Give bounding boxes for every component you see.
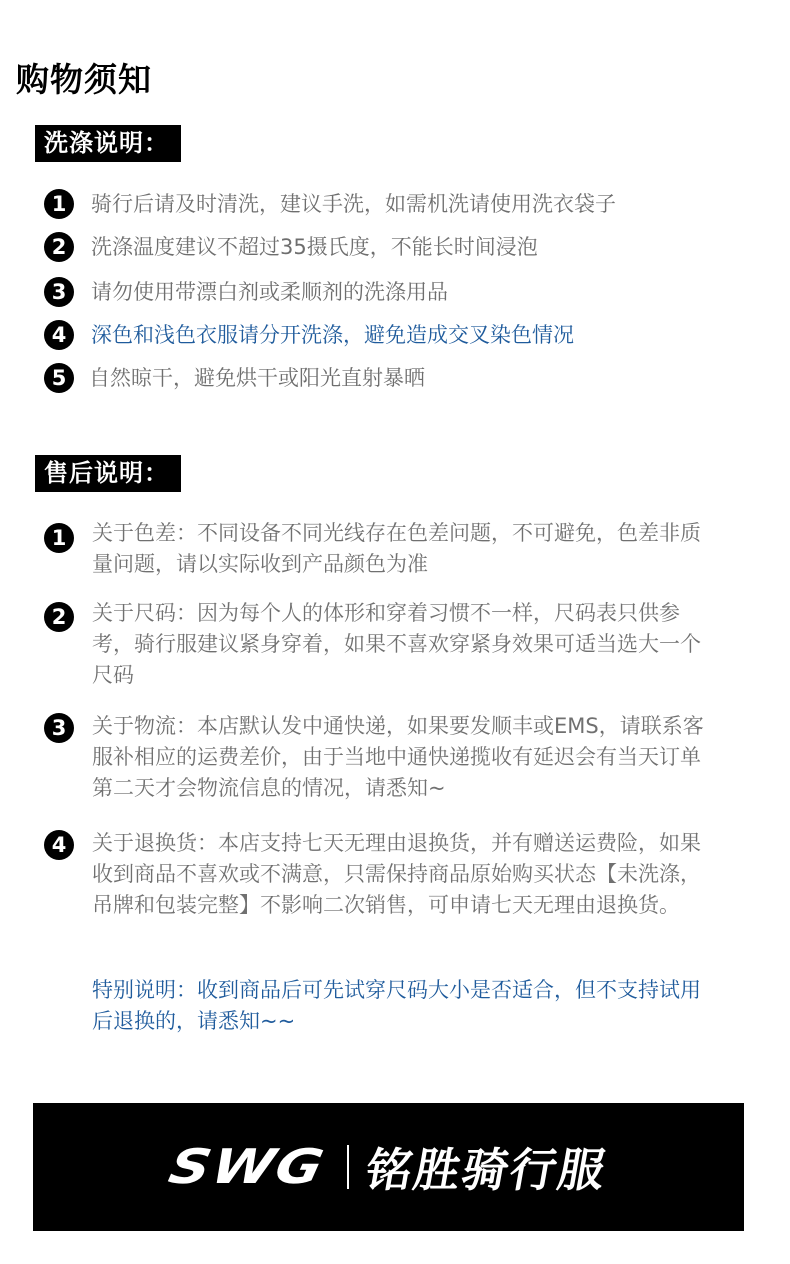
number-4-icon: 4 bbox=[44, 830, 74, 860]
number-1-icon: 1 bbox=[44, 189, 74, 219]
wash-item-1: 骑行后请及时清洗，建议手洗，如需机洗请使用洗衣袋子 bbox=[91, 189, 616, 219]
number-1-icon: 1 bbox=[44, 523, 74, 553]
after-sales-section-title: 售后说明： bbox=[35, 455, 181, 492]
page-title: 购物须知 bbox=[16, 54, 152, 101]
wash-section-title: 洗涤说明： bbox=[35, 125, 181, 162]
brand-name: 铭胜骑行服 bbox=[361, 1134, 613, 1200]
number-5-icon: 5 bbox=[44, 363, 74, 393]
wash-item-4: 深色和浅色衣服请分开洗涤，避免造成交叉染色情况 bbox=[91, 320, 574, 350]
logo-divider bbox=[347, 1145, 349, 1189]
number-2-icon: 2 bbox=[44, 602, 74, 632]
number-3-icon: 3 bbox=[44, 713, 74, 743]
special-note: 特别说明：收到商品后可先试穿尺码大小是否适合，但不支持试用后退换的，请悉知~~ bbox=[92, 975, 702, 1037]
swg-logo: SWG bbox=[165, 1139, 331, 1194]
number-2-icon: 2 bbox=[44, 232, 74, 262]
after-sales-item-returns: 关于退换货：本店支持七天无理由退换货，并有赠送运费险，如果收到商品不喜欢或不满意… bbox=[92, 828, 707, 921]
after-sales-item-color: 关于色差：不同设备不同光线存在色差问题，不可避免，色差非质量问题，请以实际收到产… bbox=[92, 518, 707, 580]
wash-item-2: 洗涤温度建议不超过35摄氏度，不能长时间浸泡 bbox=[91, 232, 538, 262]
after-sales-item-shipping: 关于物流：本店默认发中通快递，如果要发顺丰或EMS，请联系客服补相应的运费差价，… bbox=[92, 711, 707, 804]
number-4-icon: 4 bbox=[44, 320, 74, 350]
wash-item-5: 自然晾干，避免烘干或阳光直射暴晒 bbox=[89, 363, 425, 393]
number-3-icon: 3 bbox=[44, 277, 74, 307]
after-sales-item-size: 关于尺码：因为每个人的体形和穿着习惯不一样，尺码表只供参考，骑行服建议紧身穿着，… bbox=[92, 598, 707, 691]
wash-item-3: 请勿使用带漂白剂或柔顺剂的洗涤用品 bbox=[91, 277, 448, 307]
brand-banner: SWG 铭胜骑行服 bbox=[33, 1103, 744, 1231]
